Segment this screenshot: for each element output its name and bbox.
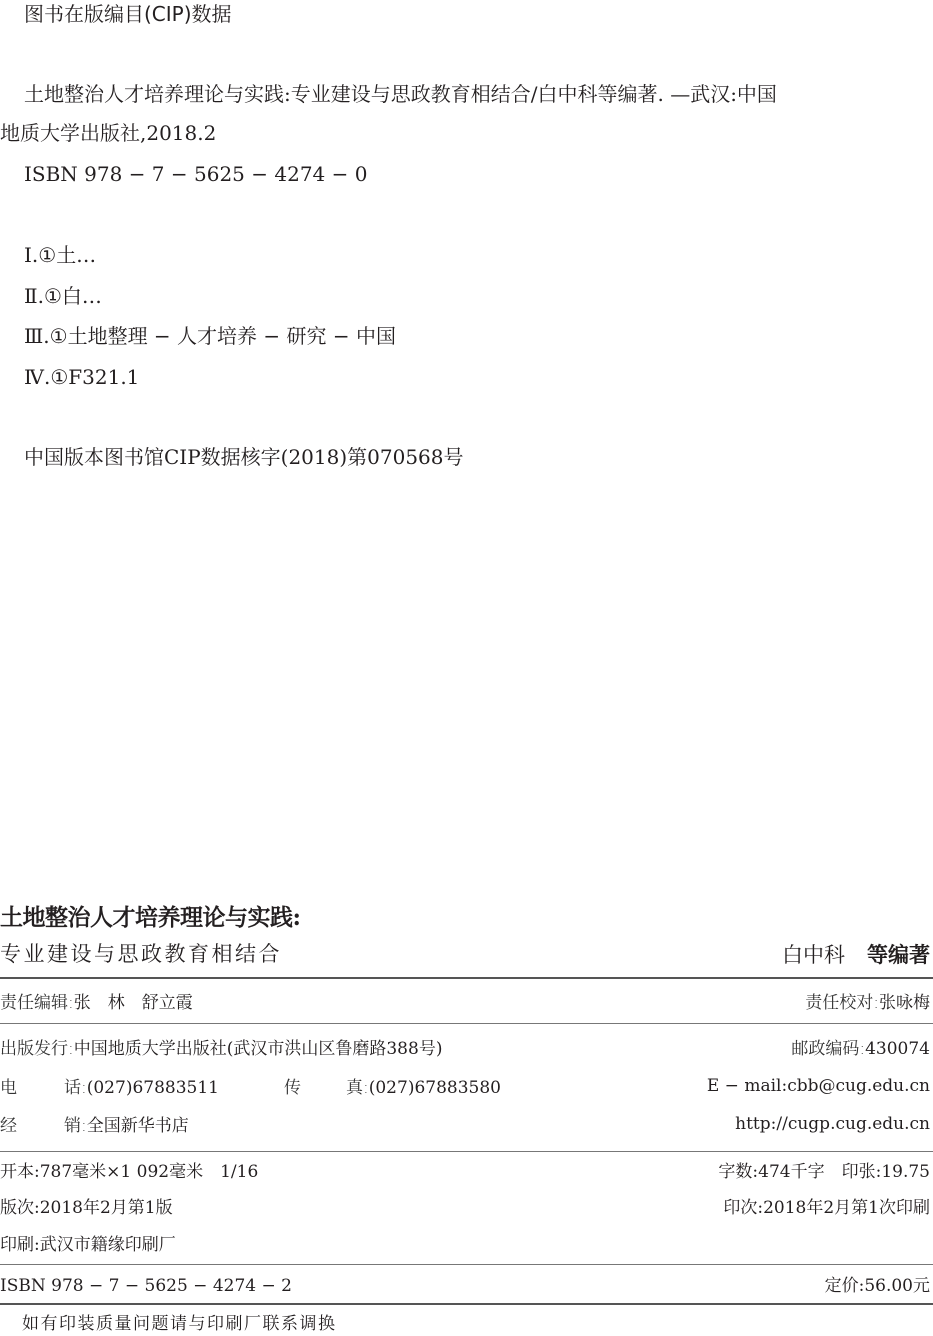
divider-rule — [0, 1303, 933, 1305]
edition: 版次:2018年2月第1版 — [0, 1196, 173, 1220]
cip-record-number: 中国版本图书馆CIP数据核字(2018)第070568号 — [24, 443, 464, 471]
cip-classification-1: Ⅰ.①土… — [24, 241, 96, 269]
responsible-editors: 责任编辑:张 林 舒立霞 — [0, 991, 193, 1015]
book-format: 开本:787毫米×1 092毫米 1/16 — [0, 1160, 258, 1184]
author-suffix: 等编著 — [867, 943, 930, 967]
proofreader: 责任校对:张咏梅 — [805, 991, 930, 1015]
cip-title-line-2: 地质大学出版社,2018.2 — [0, 119, 216, 147]
footer-note: 如有印装质量问题请与印刷厂联系调换 — [22, 1313, 337, 1335]
divider-rule — [0, 977, 933, 979]
fax: 传真:(027)67883580 — [284, 1076, 501, 1100]
divider-rule — [0, 1151, 933, 1152]
phone-label-a: 电 — [0, 1076, 64, 1100]
postcode-value: 430074 — [865, 1039, 930, 1059]
publisher-value: 中国地质大学出版社(武汉市洪山区鲁磨路388号) — [74, 1039, 443, 1059]
book-title-sub: 专业建设与思政教育相结合 — [0, 940, 282, 968]
divider-rule — [0, 1023, 933, 1024]
divider-rule — [0, 1264, 933, 1265]
postcode: 邮政编码:430074 — [791, 1037, 930, 1061]
website[interactable]: http://cugp.cug.edu.cn — [735, 1112, 930, 1136]
distributor: 经销:全国新华书店 — [0, 1114, 189, 1138]
publisher: 出版发行:中国地质大学出版社(武汉市洪山区鲁磨路388号) — [0, 1037, 442, 1061]
postcode-label: 邮政编码: — [791, 1039, 865, 1059]
author-name: 白中科 — [782, 943, 845, 967]
email-value[interactable]: cbb@cug.edu.cn — [787, 1076, 930, 1096]
phone-value: (027)67883511 — [87, 1078, 219, 1098]
cip-classification-2: Ⅱ.①白… — [24, 282, 102, 310]
cip-isbn: ISBN 978 − 7 − 5625 − 4274 − 0 — [24, 160, 367, 188]
editors-value: 张 林 舒立霞 — [74, 993, 193, 1013]
phone: 电话:(027)67883511 — [0, 1076, 219, 1100]
editors-label: 责任编辑: — [0, 993, 74, 1013]
isbn: ISBN 978 − 7 − 5625 − 4274 − 2 — [0, 1274, 292, 1298]
price: 定价:56.00元 — [825, 1274, 930, 1298]
distributor-label-b: 销: — [64, 1116, 87, 1136]
fax-value: (027)67883580 — [369, 1078, 501, 1098]
cip-classification-3: Ⅲ.①土地整理 − 人才培养 − 研究 − 中国 — [24, 322, 396, 350]
proofreader-value: 张咏梅 — [879, 993, 930, 1013]
email: E − mail:cbb@cug.edu.cn — [707, 1074, 930, 1098]
distributor-label-a: 经 — [0, 1114, 64, 1138]
proofreader-label: 责任校对: — [805, 993, 879, 1013]
cip-classification-4: Ⅳ.①F321.1 — [24, 363, 139, 391]
phone-label-b: 话: — [64, 1078, 87, 1098]
cip-title-line-1: 土地整治人才培养理论与实践:专业建设与思政教育相结合/白中科等编著. —武汉:中… — [24, 80, 777, 108]
fax-label-b: 真: — [346, 1078, 369, 1098]
email-label: E − mail: — [707, 1076, 787, 1096]
printer: 印刷:武汉市籍缘印刷厂 — [0, 1233, 176, 1257]
printing: 印次:2018年2月第1次印刷 — [723, 1196, 930, 1220]
cip-heading: 图书在版编目(CIP)数据 — [24, 0, 232, 28]
word-count: 字数:474千字 印张:19.75 — [718, 1160, 930, 1184]
fax-label-a: 传 — [284, 1076, 346, 1100]
book-author: 白中科等编著 — [782, 941, 930, 969]
distributor-value: 全国新华书店 — [87, 1116, 189, 1136]
book-title-main: 土地整治人才培养理论与实践: — [0, 903, 301, 933]
publisher-label: 出版发行: — [0, 1039, 74, 1059]
